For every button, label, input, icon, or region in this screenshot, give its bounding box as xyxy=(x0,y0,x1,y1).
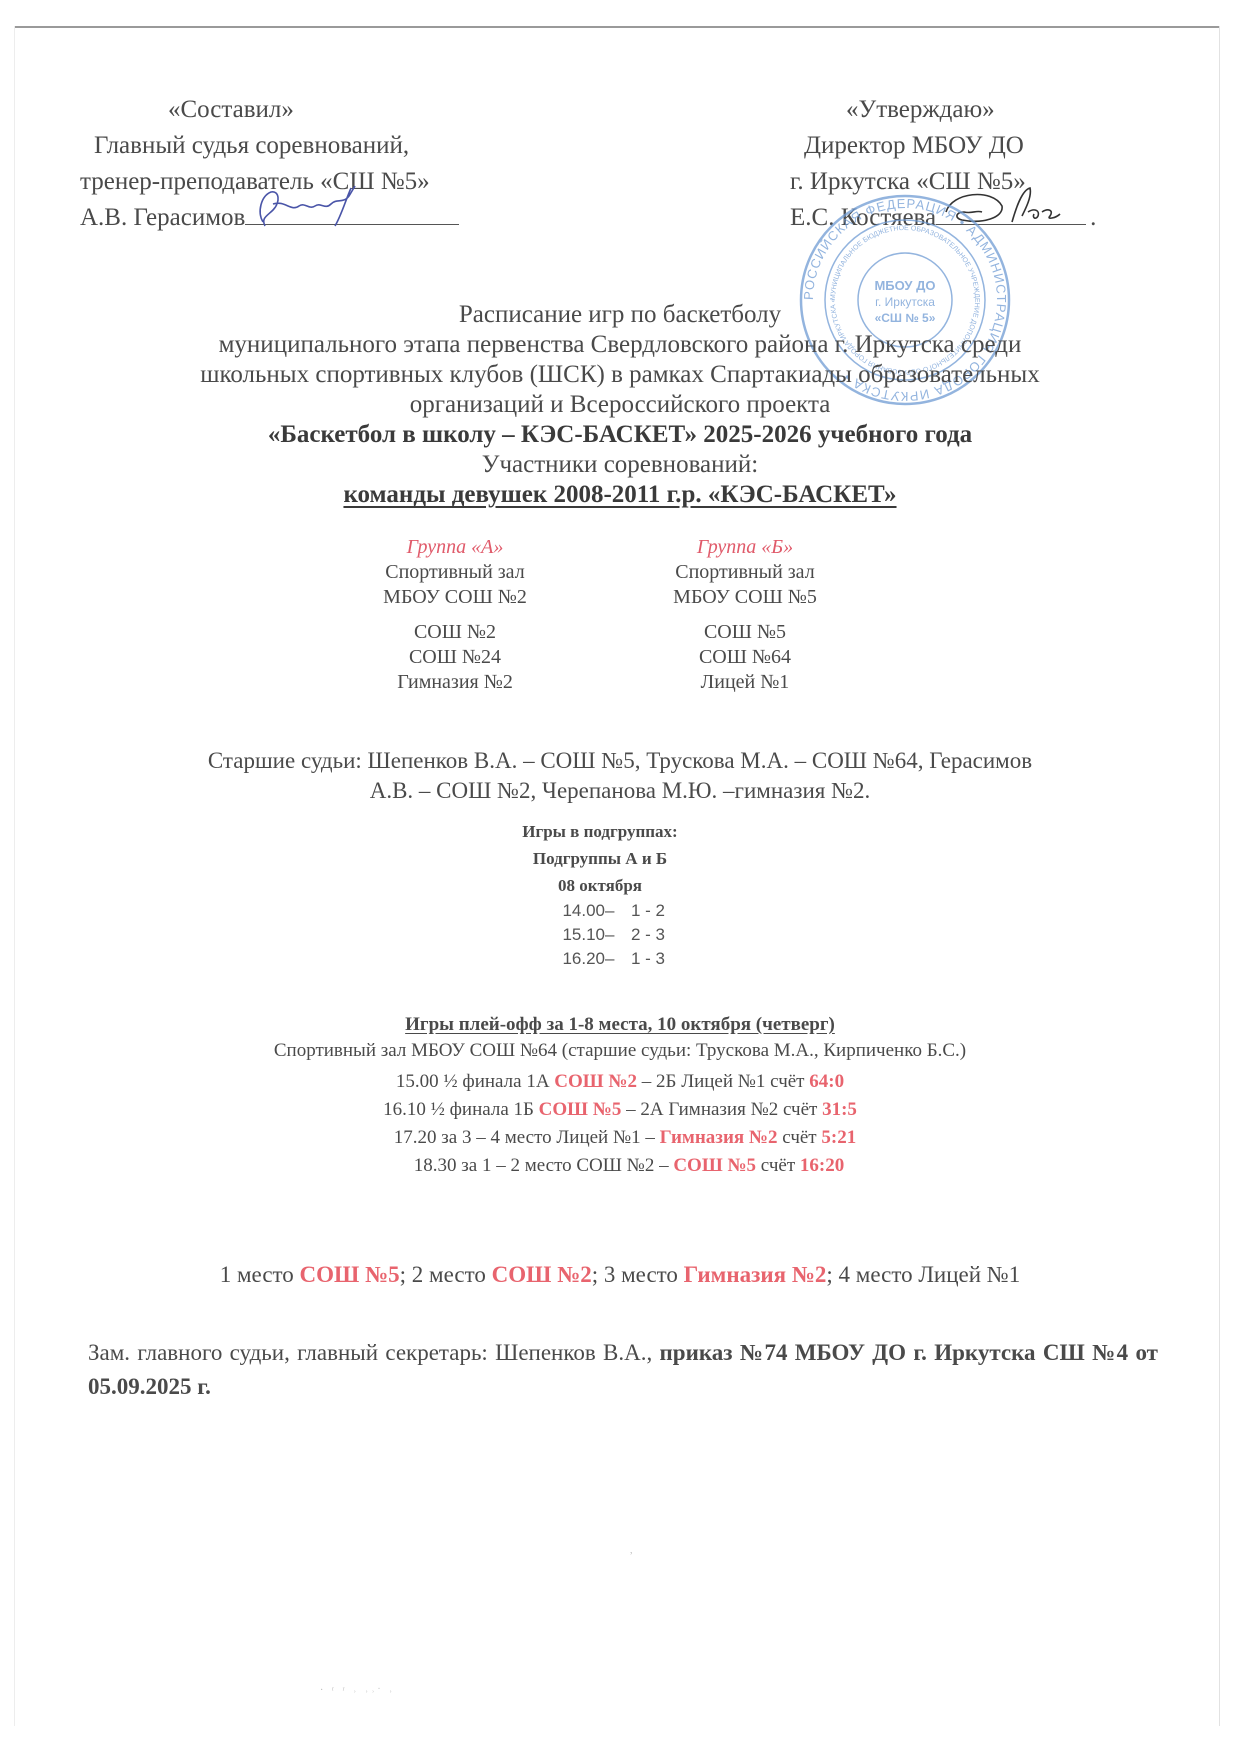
approved-by-label: «Утверждаю» xyxy=(790,92,1180,128)
scan-artifact: · ʳ ʳ ˒ ˒˒ˑ ˒ xyxy=(320,1685,395,1696)
subgroup-game-row: 15.10 –2 - 3 xyxy=(420,923,780,947)
playoff-title: Игры плей-офф за 1-8 места, 10 октября (… xyxy=(80,1012,1160,1038)
group-venue: Спортивный зал xyxy=(330,560,580,585)
game-dash: – xyxy=(605,947,631,971)
playoff-game-row: 15.00 ½ финала 1А СОШ №2 – 2Б Лицей №1 с… xyxy=(80,1068,1160,1096)
page-border-top xyxy=(14,26,1220,28)
team-2: Гимназия №2 xyxy=(668,1099,778,1120)
separator: ; xyxy=(826,1262,838,1287)
score-label: счёт xyxy=(778,1099,822,1120)
place-team: СОШ №5 xyxy=(300,1262,400,1287)
signature-line xyxy=(245,204,459,225)
judges-line-1: Старшие судьи: Шепенков В.А. – СОШ №5, Т… xyxy=(80,746,1160,776)
separator: ; xyxy=(592,1262,604,1287)
score-label: счёт xyxy=(778,1127,822,1148)
compiled-by-name: А.В. Герасимов xyxy=(80,204,245,231)
groups: Группа «А» Спортивный зал МБОУ СОШ №2 СО… xyxy=(330,535,870,695)
final-standings: 1 место СОШ №5; 2 место СОШ №2; 3 место … xyxy=(80,1260,1160,1290)
title-line-2: муниципального этапа первенства Свердлов… xyxy=(80,330,1160,360)
senior-judges: Старшие судьи: Шепенков В.А. – СОШ №5, Т… xyxy=(80,746,1160,806)
game-match: 1 - 2 xyxy=(631,901,665,920)
secretary-note: Зам. главного судьи, главный секретарь: … xyxy=(88,1336,1158,1404)
playoff-game-row: 18.30 за 1 – 2 место СОШ №2 – СОШ №5 счё… xyxy=(80,1152,1160,1180)
game-stage: ½ финала 1Б xyxy=(431,1099,539,1120)
team-1: СОШ №2 xyxy=(576,1155,654,1176)
game-dash: – xyxy=(605,923,631,947)
participants-label: Участники соревнований: xyxy=(80,450,1160,480)
compiled-by-label: «Составил» xyxy=(80,92,560,128)
team-item: Лицей №1 xyxy=(620,670,870,695)
game-separator: – 2А xyxy=(621,1099,668,1120)
secretary-text: Зам. главного судьи, главный секретарь: … xyxy=(88,1340,660,1365)
group-title: Группа «А» xyxy=(330,535,580,560)
subgroup-game-row: 16.20 –1 - 3 xyxy=(420,947,780,971)
game-stage: за 1 – 2 место xyxy=(461,1155,576,1176)
subgroup-games: Игры в подгруппах: Подгруппы А и Б 08 ок… xyxy=(420,818,780,971)
game-time: 18.30 xyxy=(414,1155,462,1176)
game-stage: за 3 – 4 место xyxy=(441,1127,556,1148)
team-2: Лицей №1 xyxy=(681,1071,765,1092)
game-score: 31:5 xyxy=(822,1099,857,1120)
approved-by-signature-row: Е.С. Костяева. xyxy=(790,200,1180,236)
page-border-left xyxy=(14,26,15,1726)
place-label: 4 место xyxy=(839,1262,919,1287)
team-item: СОШ №2 xyxy=(330,620,580,645)
group-venue-2: МБОУ СОШ №2 xyxy=(330,585,580,610)
score-label: счёт xyxy=(765,1071,809,1092)
title-line-5: «Баскетбол в школу – КЭС-БАСКЕТ» 2025-20… xyxy=(80,420,1160,450)
scan-artifact: , xyxy=(630,1545,633,1556)
team-1: СОШ №2 xyxy=(554,1071,637,1092)
game-time: 16.20 xyxy=(535,947,605,971)
game-score: 64:0 xyxy=(809,1071,844,1092)
place-label: 2 место xyxy=(412,1262,492,1287)
team-2: СОШ №5 xyxy=(673,1155,756,1176)
team-item: Гимназия №2 xyxy=(330,670,580,695)
game-separator: – xyxy=(641,1127,660,1148)
title-line-4: организаций и Всероссийского проекта xyxy=(80,390,1160,420)
game-time: 15.00 xyxy=(396,1071,444,1092)
playoff-game-row: 17.20 за 3 – 4 место Лицей №1 – Гимназия… xyxy=(80,1124,1160,1152)
game-match: 1 - 3 xyxy=(631,949,665,968)
group-b: Группа «Б» Спортивный зал МБОУ СОШ №5 СО… xyxy=(620,535,870,695)
place-team: Лицей №1 xyxy=(918,1262,1020,1287)
game-score: 16:20 xyxy=(800,1155,844,1176)
stamp-center-1: МБОУ ДО xyxy=(874,278,935,293)
subgroup-heading: Игры в подгруппах: xyxy=(420,818,780,845)
group-venue: Спортивный зал xyxy=(620,560,870,585)
judges-line-2: А.В. – СОШ №2, Черепанова М.Ю. –гимназия… xyxy=(80,776,1160,806)
game-match: 2 - 3 xyxy=(631,925,665,944)
page-border-right xyxy=(1219,26,1220,1726)
playoff-game-row: 16.10 ½ финала 1Б СОШ №5 – 2А Гимназия №… xyxy=(80,1096,1160,1124)
playoff-venue: Спортивный зал МБОУ СОШ №64 (старшие суд… xyxy=(80,1038,1160,1064)
approved-by-position: Директор МБОУ ДО xyxy=(790,128,1180,164)
group-a: Группа «А» Спортивный зал МБОУ СОШ №2 СО… xyxy=(330,535,580,695)
title-line-3: школьных спортивных клубов (ШСК) в рамка… xyxy=(80,360,1160,390)
game-time: 16.10 xyxy=(383,1099,431,1120)
document-title: Расписание игр по баскетболу муниципальн… xyxy=(80,300,1160,510)
separator: ; xyxy=(400,1262,412,1287)
compiled-by-block: «Составил» Главный судья соревнований, т… xyxy=(80,92,560,236)
playoff-section: Игры плей-офф за 1-8 места, 10 октября (… xyxy=(80,1012,1160,1180)
place-label: 3 место xyxy=(604,1262,684,1287)
subgroup-game-row: 14.00 –1 - 2 xyxy=(420,899,780,923)
signature-icon xyxy=(251,182,371,232)
group-title: Группа «Б» xyxy=(620,535,870,560)
place-label: 1 место xyxy=(220,1262,300,1287)
subgroup-subheading: Подгруппы А и Б xyxy=(420,845,780,872)
dot: . xyxy=(1086,204,1096,231)
game-separator: – 2Б xyxy=(637,1071,681,1092)
approved-by-name: Е.С. Костяева xyxy=(790,204,936,231)
title-line-1: Расписание игр по баскетболу xyxy=(80,300,1160,330)
place-team: СОШ №2 xyxy=(492,1262,592,1287)
game-dash: – xyxy=(605,899,631,923)
compiled-by-position: Главный судья соревнований, xyxy=(80,128,560,164)
subgroup-date: 08 октября xyxy=(420,872,780,899)
compiled-by-signature-row: А.В. Герасимов xyxy=(80,200,560,236)
approved-by-block: «Утверждаю» Директор МБОУ ДО г. Иркутска… xyxy=(790,92,1180,236)
signature-line xyxy=(936,204,1086,225)
place-team: Гимназия №2 xyxy=(684,1262,827,1287)
team-item: СОШ №24 xyxy=(330,645,580,670)
game-stage: ½ финала 1А xyxy=(443,1071,554,1092)
game-time: 17.20 xyxy=(394,1127,442,1148)
team-2: Гимназия №2 xyxy=(660,1127,778,1148)
game-time: 15.10 xyxy=(535,923,605,947)
teams-label: команды девушек 2008-2011 г.р. «КЭС-БАСК… xyxy=(80,480,1160,510)
score-label: счёт xyxy=(756,1155,800,1176)
game-time: 14.00 xyxy=(535,899,605,923)
team-item: СОШ №5 xyxy=(620,620,870,645)
team-item: СОШ №64 xyxy=(620,645,870,670)
game-separator: – xyxy=(654,1155,673,1176)
team-1: СОШ №5 xyxy=(539,1099,622,1120)
team-1: Лицей №1 xyxy=(556,1127,640,1148)
signature-icon xyxy=(942,182,1082,232)
group-venue-2: МБОУ СОШ №5 xyxy=(620,585,870,610)
game-score: 5:21 xyxy=(821,1127,856,1148)
